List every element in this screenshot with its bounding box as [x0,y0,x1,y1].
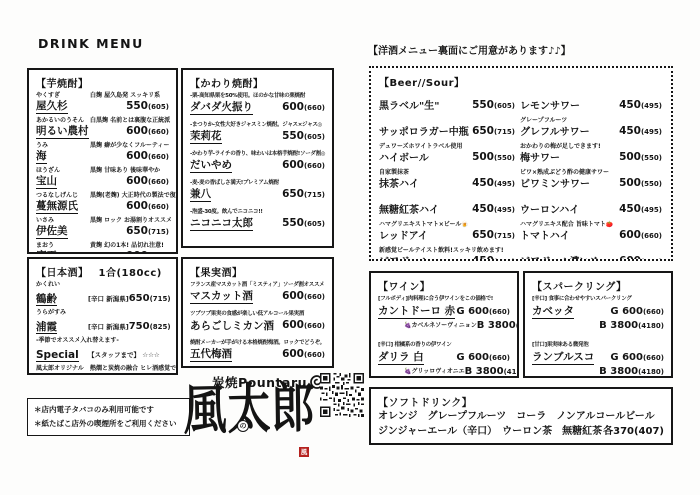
menu-item-row: -麦-麦の香ばしさ満天!プレミアム焼酎 兼八 650(715) [190,179,325,202]
menu-item-cell: ウーロンハイ 450(495) [520,195,667,217]
price-value: 550 [472,99,494,111]
price-with-tax: (605) [304,133,325,141]
fruit-liqueur-section: 【果実酒】 フランス産マスカット酒「ミスティア」ソーダ割オススメ マスカット酒 … [181,257,334,368]
menu-item-row: ほうざん黒麹 甘味あり 後味華やか 宝山 600(660) [36,167,169,189]
kawari-shochu-section: 【かわり焼酎】 -栗-高知県栗を50%使用。ほのかな甘味の栗焼酎 ダバダ火振り … [181,68,334,248]
item-name: 梅サワー [520,152,560,165]
sake-section: 【日本酒】1合(180cc) かくれい 鶴齢 [辛口 新潟県]650(715) … [27,257,178,375]
item-description: -麦-麦の香ばしさ満天!プレミアム焼酎 [190,179,325,188]
item-price: 650(715) [126,225,169,239]
price-value: 500 [619,151,641,163]
item-price: 550(605) [126,100,169,114]
price-with-tax: (715) [304,191,325,199]
item-reading: いさみ [36,217,90,225]
menu-item-row: [辛口] 柑橘系の香りの伊ワイン ダリラ 白 G 600(660) 🍇グリッロヴ… [378,341,510,378]
item-name: 抹茶ハイ [379,178,419,191]
item-name: Special [36,349,79,362]
item-description: おかわりの梅が足しできます! [520,143,662,151]
price-value: 650 [282,188,304,200]
item-description: ハマグリエキストマト×ビール🍺 [379,221,515,229]
item-price: 600(660) [619,255,662,261]
menu-item-cell: おかわりの梅が足しできます! 梅サワー 500(550) [520,143,667,165]
price-value: 650 [472,229,494,241]
soft-drink-section: 【ソフトドリンク】 オレンジ グレープフルーツ コーラ ノンアルコールビール ジ… [369,387,673,445]
price-value: 450 [472,255,494,261]
price-value: 600 [282,290,304,302]
section-title: 【日本酒】 [36,268,89,279]
item-price: 650(715) [472,125,515,139]
item-name: ダリラ 白 [378,350,424,365]
menu-item-row: 焼酎メーカーが手がける本格焼酎梅酒。ロックでどうぞ。 五代梅酒 600(660) [190,339,325,362]
price-value: G 600 [610,352,643,363]
price-with-tax: (550) [641,154,662,162]
grape-variety: 🍇グリッロヴィオニエ [404,366,465,378]
price-with-tax: (660) [641,258,662,261]
item-reading: -季節でオススメ入れ替えます- [36,337,119,345]
wine-section: 【ワイン】 [フルボディ]肉料理に合う伊ワインをこの価格で! カントドーロ 赤 … [369,271,519,378]
menu-item-row: 風太郎オリジナル熱燗と炭焼の融合 ヒレ酒感覚で! ★ヒレ酒 [熱燗×炭焼魚鰭]8… [36,365,169,375]
item-annotation: いさみ黒麹 ロック お湯割りオススメ [36,217,169,225]
sake-list: かくれい 鶴齢 [辛口 新潟県]650(715) うらがすみ 浦霞 [辛口 新潟… [36,281,169,375]
item-description [119,337,169,345]
item-description: グレープフルーツ [520,117,662,125]
item-name: 五代梅酒 [190,348,232,362]
price-with-tax: (4180) [638,368,664,376]
item-name: ウーロンハイ [520,204,579,217]
item-description: -栗-高知県栗を50%使用。ほのかな甘味の栗焼酎 [190,92,325,101]
item-description [379,195,515,203]
beer-sour-list: 黒ラベル"生" 550(605) レモンサワー 450(495) サッポロラガー… [379,91,663,261]
price-with-tax: (660) [489,308,510,316]
item-price: 500(550) [472,151,515,165]
price-value: 600 [126,150,148,162]
price-with-tax: (660) [643,308,664,316]
menu-item-row: うみ黒麹 癖が少なくフルーティー 海 600(660) [36,142,169,164]
price-with-tax: (605) [494,102,515,110]
menu-item-row: ツブツブ果実の食感が楽しい低アルコール果実酒 あらごしミカン酒 600(660) [190,310,325,333]
price-value: 650 [472,125,494,137]
menu-item-cell: 無糖紅茶ハイ 450(495) [379,195,520,217]
item-description: 自家製抹茶 [379,169,515,177]
menu-item-pair-row: サッポロラガー中瓶 650(715) グレープフルーツ グレフルサワー 450(… [379,117,663,139]
item-description: -泡盛-30度。飲んでニコニコ!! [190,208,325,217]
item-name: ビアボール濃いめ [520,256,600,261]
sparkling-list: [辛口] 食事に合わせやすいスパークリング カベッタ G 600(660) B … [532,295,664,378]
fruit-liqueur-list: フランス産マスカット酒「ミスティア」ソーダ割オススメ マスカット酒 600(66… [190,281,325,362]
item-annotation: -季節でオススメ入れ替えます- [36,337,169,345]
item-description: 黒麹 甘味あり 後味華やか [90,167,169,175]
item-name: サッポロラガー中瓶 [379,126,469,139]
item-annotation: ほうざん黒麹 甘味あり 後味華やか [36,167,169,175]
item-name: 蔓無源氏 [36,200,78,214]
item-price: 450(495) [619,203,662,217]
item-description: 白黒麹 名前とは裏腹な正統派 [90,117,170,125]
logo-no-mark: の [237,420,249,432]
menu-item-row: つるなしげんじ黒麹(老麹) 大正時代の製法で復活 蔓無源氏 600(660) [36,192,169,214]
price-value: 600 [282,101,304,113]
wine-list: [フルボディ]肉料理に合う伊ワインをこの価格で! カントドーロ 赤 G 600(… [378,295,510,378]
price-value: 450 [619,125,641,137]
item-price: 600(660) [126,175,169,189]
item-name: 海 [36,150,47,164]
item-name: レッドアイ [379,230,428,243]
bottle-price: B 3800(4180) [599,366,664,378]
item-description: 新感覚ビールテイスト飲料!スッキリ飲めます! [379,247,515,255]
item-description [520,91,662,99]
price-value: G 600 [456,306,489,317]
menu-item-row: -かわり芋-ライチの香り、味わいは本格芋焼酎!ソーダ割◎ だいやめ 600(66… [190,150,325,173]
item-price: 550(605) [282,217,325,231]
price-value: B 3800 [599,366,638,377]
price-with-tax: (660) [304,293,325,301]
imo-shochu-list: やくすぎ白麹 屋久島発 スッキリ系 屋久杉 550(605) あかるいのうそん白… [36,92,169,254]
item-description: デュワーズホワイトラベル使用 [379,143,515,151]
soft-drink-line-1: オレンジ グレープフルーツ コーラ ノンアルコールビール [378,409,664,424]
price-value: 500 [472,151,494,163]
price-with-tax: (990) [148,253,169,254]
price-with-tax: (660) [304,162,325,170]
section-title: 【果実酒】 [190,264,325,279]
price-value: 450 [472,177,494,189]
glass-price: G 600(660) [610,305,664,319]
price-with-tax: (4180) [638,322,664,330]
item-price: 600(660) [126,200,169,214]
menu-item-row: まおう黄麹 幻の1本! 品切れ注意! 魔王 900(990) [36,242,169,254]
item-price: 900(990) [126,250,169,254]
item-description: 焼酎メーカーが手がける本格焼酎梅酒。ロックでどうぞ。 [190,339,325,348]
price-with-tax: (660) [148,203,169,211]
price-with-tax: (495) [494,206,515,214]
item-price: 650(715) [472,229,515,243]
item-name: ダバダ火振り [190,101,253,115]
item-name: カベッタ [532,304,574,319]
item-description: -かわり芋-ライチの香り、味わいは本格芋焼酎!ソーダ割◎ [190,150,325,159]
item-description: ツブツブ果実の食感が楽しい低アルコール果実酒 [190,310,325,319]
item-description: [辛口] 食事に合わせやすいスパークリング [532,295,664,304]
price-with-tax: (605) [304,220,325,228]
item-name: 伊佐美 [36,225,68,239]
price-with-tax: (660) [304,104,325,112]
price-value: 750 [129,321,150,332]
menu-item-pair-row: 黒ラベル"生" 550(605) レモンサワー 450(495) [379,91,663,113]
serving-size: 1合(180cc) [99,268,162,279]
item-description: [フルボディ]肉料理に合う伊ワインをこの価格で! [378,295,510,304]
item-price: 450(495) [472,255,515,261]
section-title: 【ワイン】 [378,278,510,293]
price-value: 550 [126,100,148,112]
menu-item-row: -季節でオススメ入れ替えます- Special 【スタッフまで】 ☆☆☆ [36,337,169,362]
item-reading: うみ [36,142,90,150]
price-value: 600 [619,229,641,241]
menu-item-cell: デュワーズホワイトラベル使用 ハイボール 500(550) [379,143,520,165]
item-description: 白麹 屋久島発 スッキリ系 [90,92,169,100]
item-name: トマトハイ [520,230,570,243]
item-name: 魔王 [36,250,57,254]
item-description: 黒麹 ロック お湯割りオススメ [90,217,172,225]
item-description [520,247,662,255]
item-description: ビワ×熟成ぶどう酢の健康サワー [520,169,662,177]
item-description: 黒麹 癖が少なくフルーティー [90,142,169,150]
item-name: ハイボール [379,152,429,165]
price-with-tax: (4180) [516,322,519,330]
menu-item-pair-row: 無糖紅茶ハイ 450(495) ウーロンハイ 450(495) [379,195,663,217]
menu-item-cell: グレープフルーツ グレフルサワー 450(495) [520,117,667,139]
glass-price: G 600(660) [456,305,510,319]
item-price: 450(495) [472,177,515,191]
item-price: 450(495) [619,99,662,113]
menu-item-row: [フルボディ]肉料理に合う伊ワインをこの価格で! カントドーロ 赤 G 600(… [378,295,510,332]
soft-drink-line-2: ジンジャーエール（辛口） ウーロン茶 無糖紅茶 [378,424,602,439]
price-value: 600 [282,348,304,360]
price-value: 600 [282,159,304,171]
item-name: ビワミンサワー [520,178,590,191]
item-reading: 風太郎オリジナル [36,365,90,373]
item-name: 黒ラベル"生" [379,100,439,113]
item-description [90,309,169,317]
sparkling-section: 【スパークリング】 [辛口] 食事に合わせやすいスパークリング カベッタ G 6… [523,271,673,378]
price-with-tax: (715) [494,128,515,136]
price-value: 650 [129,293,150,304]
price-with-tax: (660) [489,354,510,362]
menu-item-cell: レモンサワー 450(495) [520,91,667,113]
price-value: 650 [126,225,148,237]
item-price: 450(495) [619,125,662,139]
item-price: 600(660) [282,159,325,173]
item-price: 600(660) [282,319,325,333]
item-name: マスカット酒 [190,290,253,304]
price-with-tax: (550) [641,180,662,188]
qr-code [320,373,364,417]
smoking-notice: ＊店内電子タバコのみ利用可能です ＊紙たばこ店外の喫煙所をご利用ください [27,398,190,436]
price-with-tax: (605) [148,103,169,111]
item-annotation: あかるいのうそん白黒麹 名前とは裏腹な正統派 [36,117,169,125]
section-title: 【スパークリング】 [532,278,664,293]
menu-item-row: あかるいのうそん白黒麹 名前とは裏腹な正統派 明るい農村 600(660) [36,117,169,139]
item-description [379,117,515,125]
item-name: 浦霞 [36,321,57,334]
item-name: 無糖紅茶ハイ [379,204,439,217]
section-title: 【ソフトドリンク】 [378,394,664,409]
menu-item-cell: ビアボール濃いめ 600(660) [520,247,667,261]
item-name: グレフルサワー [520,126,590,139]
item-price: 600(660) [126,125,169,139]
menu-item-row: -栗-高知県栗を50%使用。ほのかな甘味の栗焼酎 ダバダ火振り 600(660) [190,92,325,115]
item-price: 600(660) [282,348,325,362]
item-reading: かくれい [36,281,90,289]
logo-text: 風太郎 [183,378,316,439]
price-with-tax: (660) [148,178,169,186]
item-name: 鶴齢 [36,293,57,306]
bottle-price: B 3800(4180) [465,366,519,378]
item-price: 550(605) [282,130,325,144]
price-with-tax: (660) [641,232,662,240]
price-with-tax: (715) [494,232,515,240]
price-with-tax: (660) [148,128,169,136]
item-name: レモンサワー [520,100,580,113]
item-name: 兼八 [190,188,211,202]
item-name: 茉莉花 [190,130,222,144]
item-description [379,91,515,99]
item-description: ハマグリエキス配合 旨味トマト🍅 [520,221,662,229]
item-price: 500(550) [619,177,662,191]
menu-item-row: いさみ黒麹 ロック お湯割りオススメ 伊佐美 650(715) [36,217,169,239]
menu-item-cell: ハマグリエキス配合 旨味トマト🍅 トマトハイ 600(660) [520,221,667,243]
item-price: 600(660) [126,150,169,164]
item-description: フランス産マスカット酒「ミスティア」ソーダ割オススメ [190,281,325,290]
item-reading: ほうざん [36,167,90,175]
imo-shochu-section: 【芋焼酎】 やくすぎ白麹 屋久島発 スッキリ系 屋久杉 550(605) あかる… [27,68,178,254]
item-note: [辛口 新潟県] [88,323,129,331]
item-name: ランブルスコ [532,350,594,365]
menu-item-row: [甘口]果実味ある微発泡 ランブルスコ G 600(660) B 3800(41… [532,341,664,378]
kawari-shochu-list: -栗-高知県栗を50%使用。ほのかな甘味の栗焼酎 ダバダ火振り 600(660)… [190,92,325,231]
item-annotation: 風太郎オリジナル熱燗と炭焼の融合 ヒレ酒感覚で! [36,365,169,373]
price-value: B 3800 [599,320,638,331]
item-description [90,281,169,289]
item-price: 600(660) [619,229,662,243]
item-price: 600(660) [282,101,325,115]
item-price: 500(550) [619,151,662,165]
price-value: B 3800 [465,366,504,377]
item-name: 屋久杉 [36,100,68,114]
item-reading: まおう [36,242,90,250]
menu-item-cell: ビワ×熟成ぶどう酢の健康サワー ビワミンサワー 500(550) [520,169,667,191]
menu-item-row: フランス産マスカット酒「ミスティア」ソーダ割オススメ マスカット酒 600(66… [190,281,325,304]
price-value: 600 [126,125,148,137]
price-value: 600 [619,255,641,261]
item-price: 550(605) [472,99,515,113]
menu-item-cell: ハマグリエキストマト×ビール🍺 レッドアイ 650(715) [379,221,520,243]
price-with-tax: (660) [643,354,664,362]
item-name: ニコニコ太郎 [190,217,253,231]
section-title: 【かわり焼酎】 [190,75,325,90]
item-annotation: つるなしげんじ黒麹(老麹) 大正時代の製法で復活 [36,192,169,200]
item-description: [甘口]果実味ある微発泡 [532,341,664,350]
price-with-tax: (4180) [504,368,519,376]
price-value: B 3800 [477,320,516,331]
item-note: [辛口 新潟県] [88,295,129,303]
item-name: だいやめ [190,159,232,173]
bottle-price: B 3800(4180) [599,320,664,332]
price-value: 450 [619,203,641,215]
price-with-tax: (495) [641,128,662,136]
section-title: 【Beer//Sour】 [379,74,663,89]
item-annotation: かくれい [36,281,169,289]
price-value: 450 [472,203,494,215]
logo-seal: 風 [299,447,309,457]
item-price: 600(660) [282,290,325,304]
item-description: 熱燗と炭焼の融合 ヒレ酒感覚で! [90,365,178,373]
price-with-tax: (715) [150,295,171,303]
item-name: カントドーロ 赤 [378,304,455,319]
glass-price: G 600(660) [610,351,664,365]
price-with-tax: (660) [148,153,169,161]
item-annotation: うみ黒麹 癖が少なくフルーティー [36,142,169,150]
item-description [520,195,662,203]
menu-item-cell: 黒ラベル"生" 550(605) [379,91,520,113]
item-annotation: やくすぎ白麹 屋久島発 スッキリ系 [36,92,169,100]
menu-item-row: -まつりか-女性大好きジャスミン焼酎。ジャス×ジャス◎ 茉莉花 550(605) [190,121,325,144]
page-title: DRINK MENU [38,36,144,51]
price-with-tax: (495) [641,206,662,214]
price-value: 900 [126,250,148,254]
item-description: 黄麹 幻の1本! 品切れ注意! [90,242,169,250]
item-reading: あかるいのうそん [36,117,90,125]
menu-item-pair-row: 新感覚ビールテイスト飲料!スッキリ飲めます! ビアボール 450(495) ビア… [379,247,663,261]
menu-item-row: うらがすみ 浦霞 [辛口 新潟県]750(825) [36,309,169,334]
price-value: 600 [126,175,148,187]
price-value: 550 [282,130,304,142]
back-side-note: 【洋酒メニュー裏面にご用意があります♪♪】 [368,42,571,57]
price-value: 500 [619,177,641,189]
menu-item-row: かくれい 鶴齢 [辛口 新潟県]650(715) [36,281,169,306]
item-name: 明るい農村 [36,125,89,139]
price-value: G 600 [456,352,489,363]
item-reading: つるなしげんじ [36,192,90,200]
item-price: 650(715) [282,188,325,202]
menu-item-cell: 自家製抹茶 抹茶ハイ 450(495) [379,169,520,191]
item-annotation: うらがすみ [36,309,169,317]
price-with-tax: (550) [494,154,515,162]
grape-variety: 🍇カベルネソーヴィニョン [404,320,477,332]
smoking-notice-line-2: ＊紙たばこ店外の喫煙所をご利用ください [34,417,183,431]
item-price: 450(495) [472,203,515,217]
drink-menu-page: DRINK MENU 【洋酒メニュー裏面にご用意があります♪♪】 【芋焼酎】 や… [0,0,700,495]
price-with-tax: (495) [494,180,515,188]
price-with-tax: (715) [148,228,169,236]
item-reading: やくすぎ [36,92,90,100]
menu-item-cell: 新感覚ビールテイスト飲料!スッキリ飲めます! ビアボール 450(495) [379,247,520,261]
item-annotation: まおう黄麹 幻の1本! 品切れ注意! [36,242,169,250]
bottle-price: B 3800(4180) [477,320,519,332]
glass-price: G 600(660) [456,351,510,365]
price-with-tax: (660) [304,322,325,330]
menu-item-pair-row: デュワーズホワイトラベル使用 ハイボール 500(550) おかわりの梅が足しで… [379,143,663,165]
price-with-tax: (495) [641,102,662,110]
price-with-tax: (825) [150,323,171,331]
menu-item-row: やくすぎ白麹 屋久島発 スッキリ系 屋久杉 550(605) [36,92,169,114]
beer-sour-section: 【Beer//Sour】 黒ラベル"生" 550(605) レモンサワー 450… [369,66,673,261]
item-name: ビアボール [379,256,429,261]
price-value: G 600 [610,306,643,317]
section-title: 【芋焼酎】 [36,75,169,90]
menu-item-cell: サッポロラガー中瓶 650(715) [379,117,520,139]
price-with-tax: (660) [304,351,325,359]
menu-item-pair-row: ハマグリエキストマト×ビール🍺 レッドアイ 650(715) ハマグリエキス配合… [379,221,663,243]
price-value: 600 [282,319,304,331]
item-name: 宝山 [36,175,57,189]
item-name: あらごしミカン酒 [190,320,274,333]
price-value: 600 [126,200,148,212]
soft-drink-price: 各370(407) [603,424,664,439]
price-value: 550 [282,217,304,229]
price-value: 450 [619,99,641,111]
item-description: -まつりか-女性大好きジャスミン焼酎。ジャス×ジャス◎ [190,121,325,130]
item-reading: うらがすみ [36,309,90,317]
price-with-tax: (495) [494,258,515,261]
item-note: 【スタッフまで】 ☆☆☆ [88,351,160,359]
item-description: [辛口] 柑橘系の香りの伊ワイン [378,341,510,350]
menu-item-row: -泡盛-30度。飲んでニコニコ!! ニコニコ太郎 550(605) [190,208,325,231]
menu-item-row: [辛口] 食事に合わせやすいスパークリング カベッタ G 600(660) B … [532,295,664,332]
menu-item-pair-row: 自家製抹茶 抹茶ハイ 450(495) ビワ×熟成ぶどう酢の健康サワー ビワミン… [379,169,663,191]
item-description: 黒麹(老麹) 大正時代の製法で復活 [90,192,178,200]
smoking-notice-line-1: ＊店内電子タバコのみ利用可能です [34,403,183,417]
